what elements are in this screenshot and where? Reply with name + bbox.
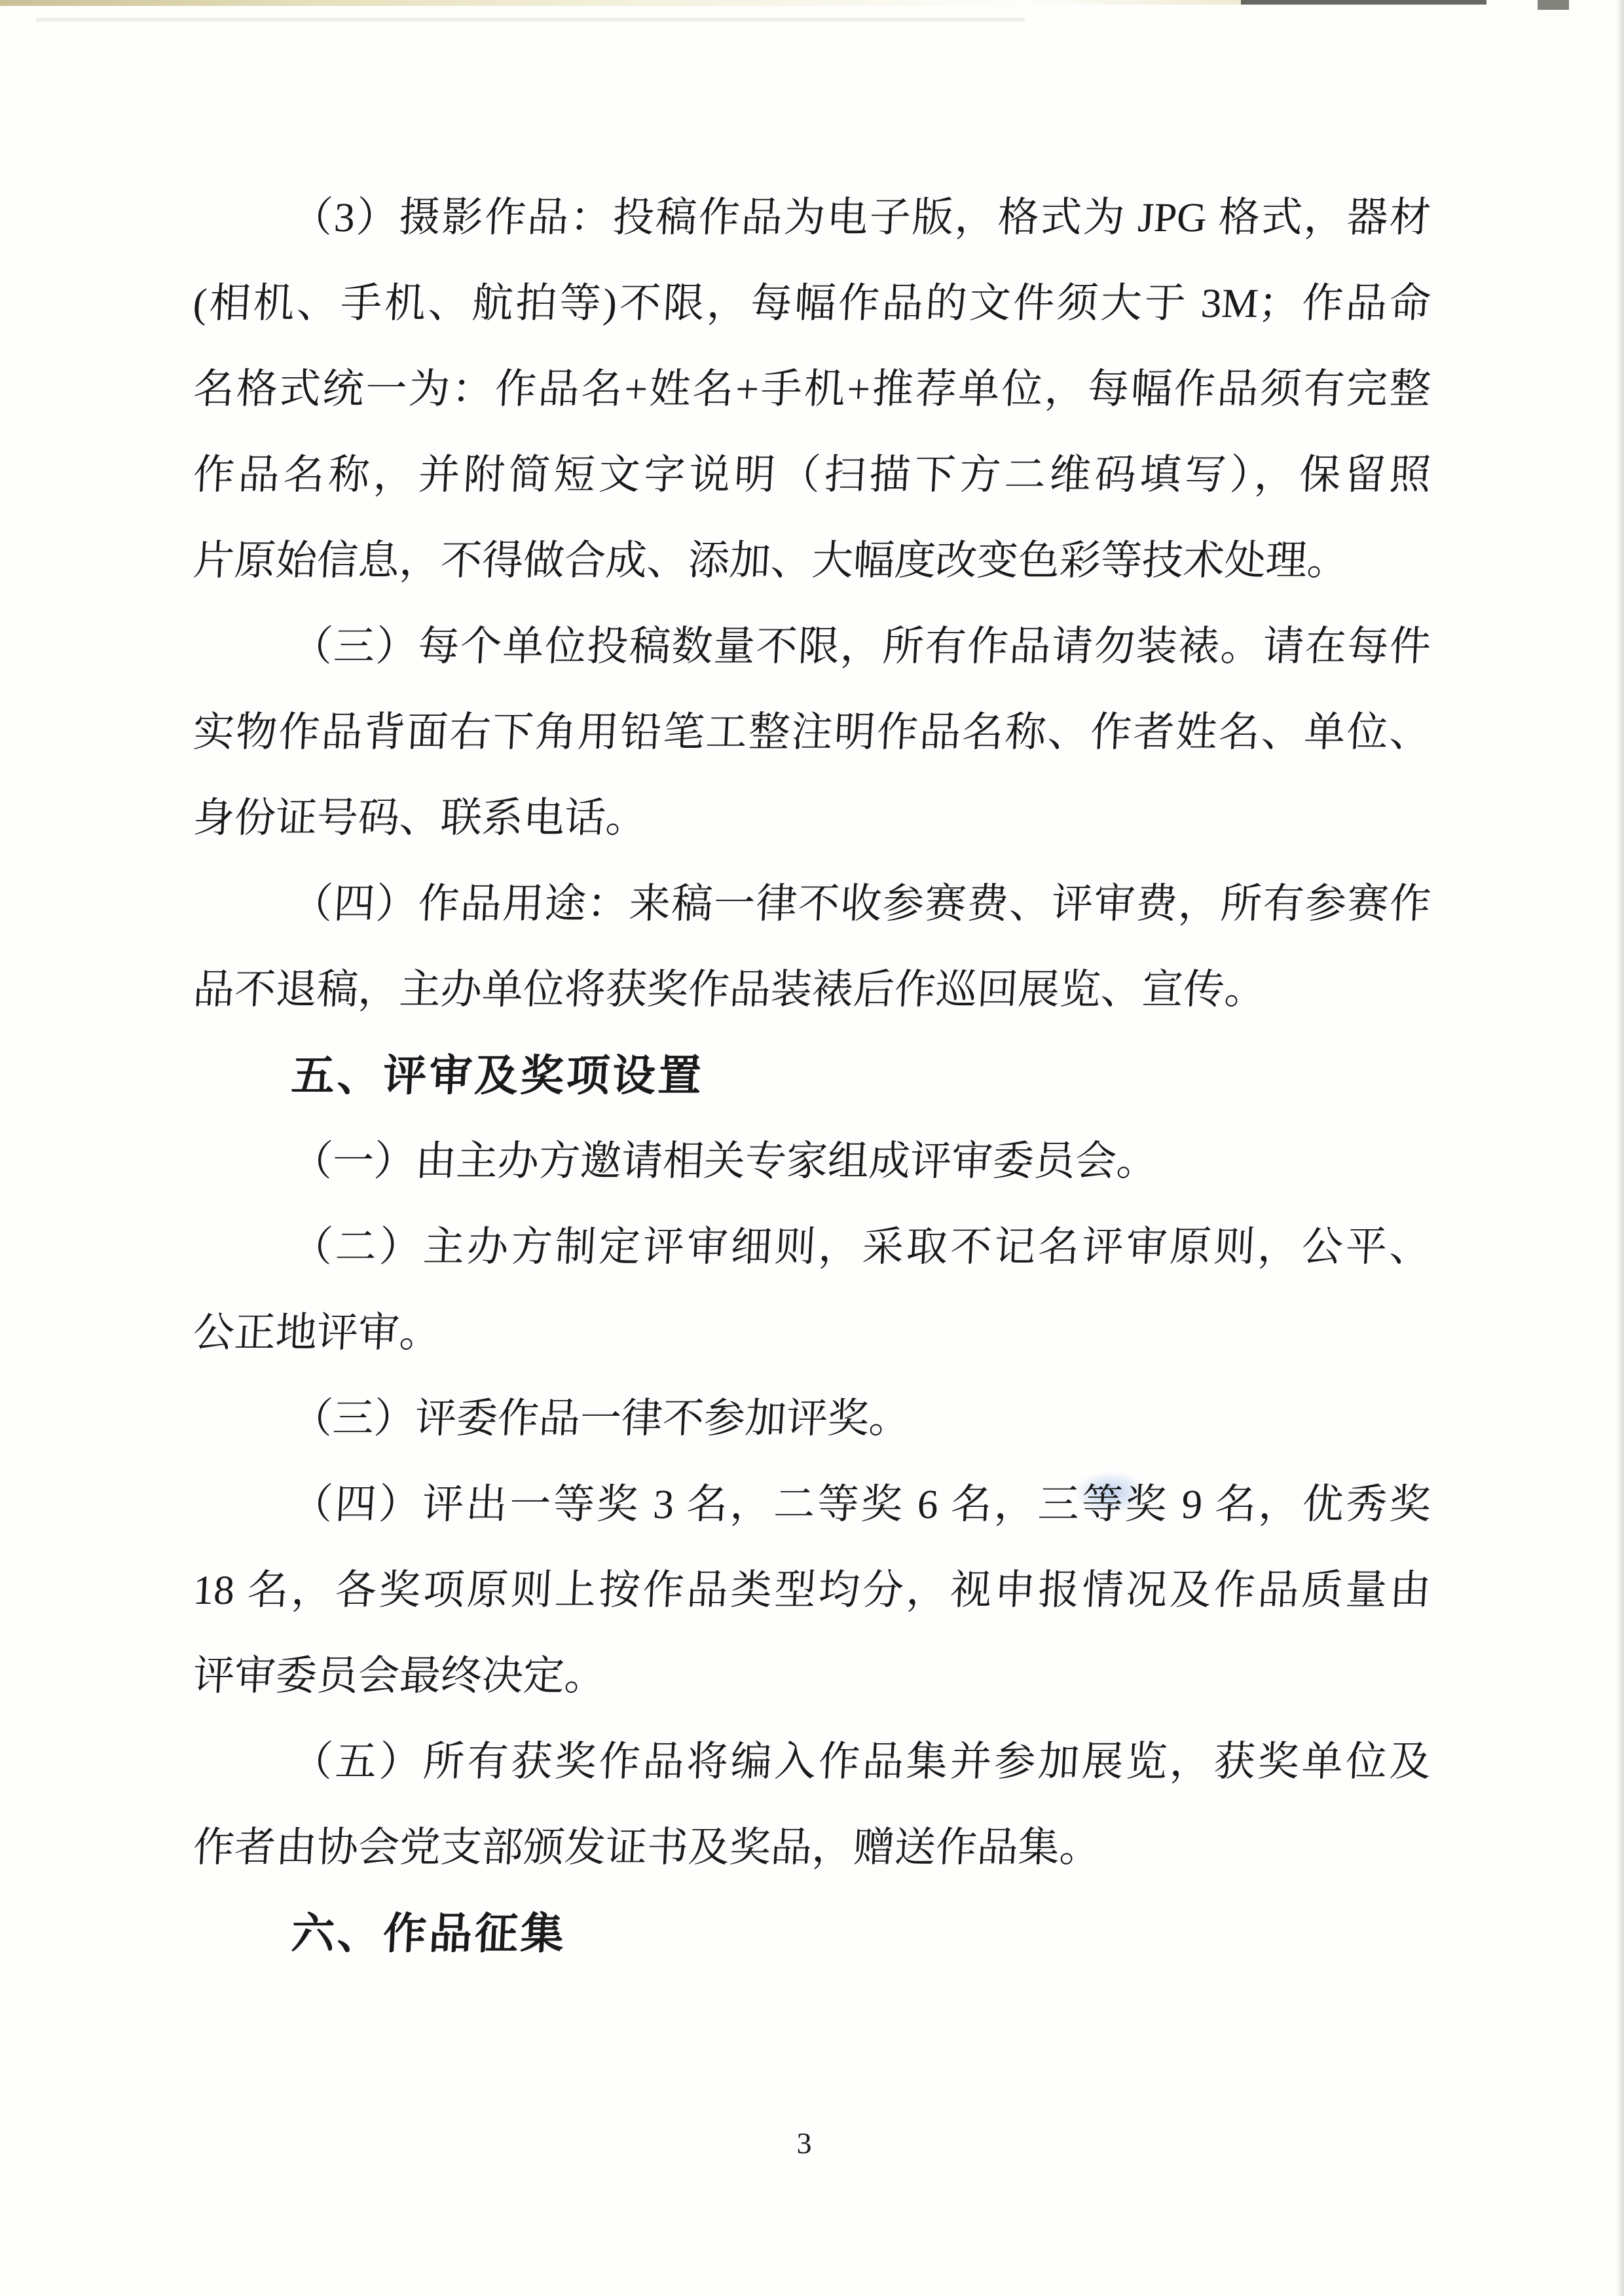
text-line: 身份证号码、联系电话。 — [191, 775, 1433, 861]
scan-artifact-top-bar-2 — [1538, 0, 1569, 10]
text-line: 片原始信息，不得做合成、添加、大幅度改变色彩等技术处理。 — [191, 518, 1433, 604]
text-line: (相机、手机、航拍等)不限，每幅作品的文件须大于 3M；作品命 — [191, 261, 1433, 346]
page-number: 3 — [0, 2127, 1608, 2160]
scan-artifact-top-tint — [0, 0, 1061, 6]
scan-artifact-top-bar — [1241, 0, 1486, 5]
scan-artifact-gray-line — [36, 18, 1025, 22]
document-body: （3）摄影作品：投稿作品为电子版，格式为 JPG 格式，器材 (相机、手机、航拍… — [193, 175, 1431, 1976]
scan-artifact-top-tint-2 — [1022, 0, 1244, 5]
text-line: （四）作品用途：来稿一律不收参赛费、评审费，所有参赛作 — [191, 861, 1433, 947]
text-line: 作者由协会党支部颁发证书及奖品，赠送作品集。 — [191, 1805, 1433, 1891]
text-line: 名格式统一为：作品名+姓名+手机+推荐单位，每幅作品须有完整 — [191, 346, 1433, 432]
section-heading: 五、评审及奖项设置 — [191, 1033, 1433, 1119]
text-line: （三）评委作品一律不参加评奖。 — [191, 1376, 1433, 1462]
section-heading: 六、作品征集 — [191, 1891, 1433, 1976]
text-line: 品不退稿，主办单位将获奖作品装裱后作巡回展览、宣传。 — [191, 947, 1433, 1033]
text-line: （三）每个单位投稿数量不限，所有作品请勿装裱。请在每件 — [191, 604, 1433, 690]
text-line: 评审委员会最终决定。 — [191, 1633, 1433, 1719]
text-line: （二）主办方制定评审细则，采取不记名评审原则，公平、 — [191, 1204, 1433, 1290]
scan-artifact-right-edge — [1616, 0, 1624, 2296]
document-page: （3）摄影作品：投稿作品为电子版，格式为 JPG 格式，器材 (相机、手机、航拍… — [0, 0, 1624, 2296]
text-line: 作品名称，并附简短文字说明（扫描下方二维码填写），保留照 — [191, 432, 1433, 518]
text-line: （五）所有获奖作品将编入作品集并参加展览，获奖单位及 — [191, 1719, 1433, 1805]
text-line: （3）摄影作品：投稿作品为电子版，格式为 JPG 格式，器材 — [191, 175, 1433, 261]
text-line: （一）由主办方邀请相关专家组成评审委员会。 — [191, 1119, 1433, 1204]
text-line: 18 名，各奖项原则上按作品类型均分，视申报情况及作品质量由 — [191, 1547, 1433, 1633]
text-line: 公正地评审。 — [191, 1290, 1433, 1376]
text-line: 实物作品背面右下角用铅笔工整注明作品名称、作者姓名、单位、 — [191, 690, 1433, 775]
text-line: （四）评出一等奖 3 名，二等奖 6 名，三等奖 9 名，优秀奖 — [191, 1462, 1433, 1547]
